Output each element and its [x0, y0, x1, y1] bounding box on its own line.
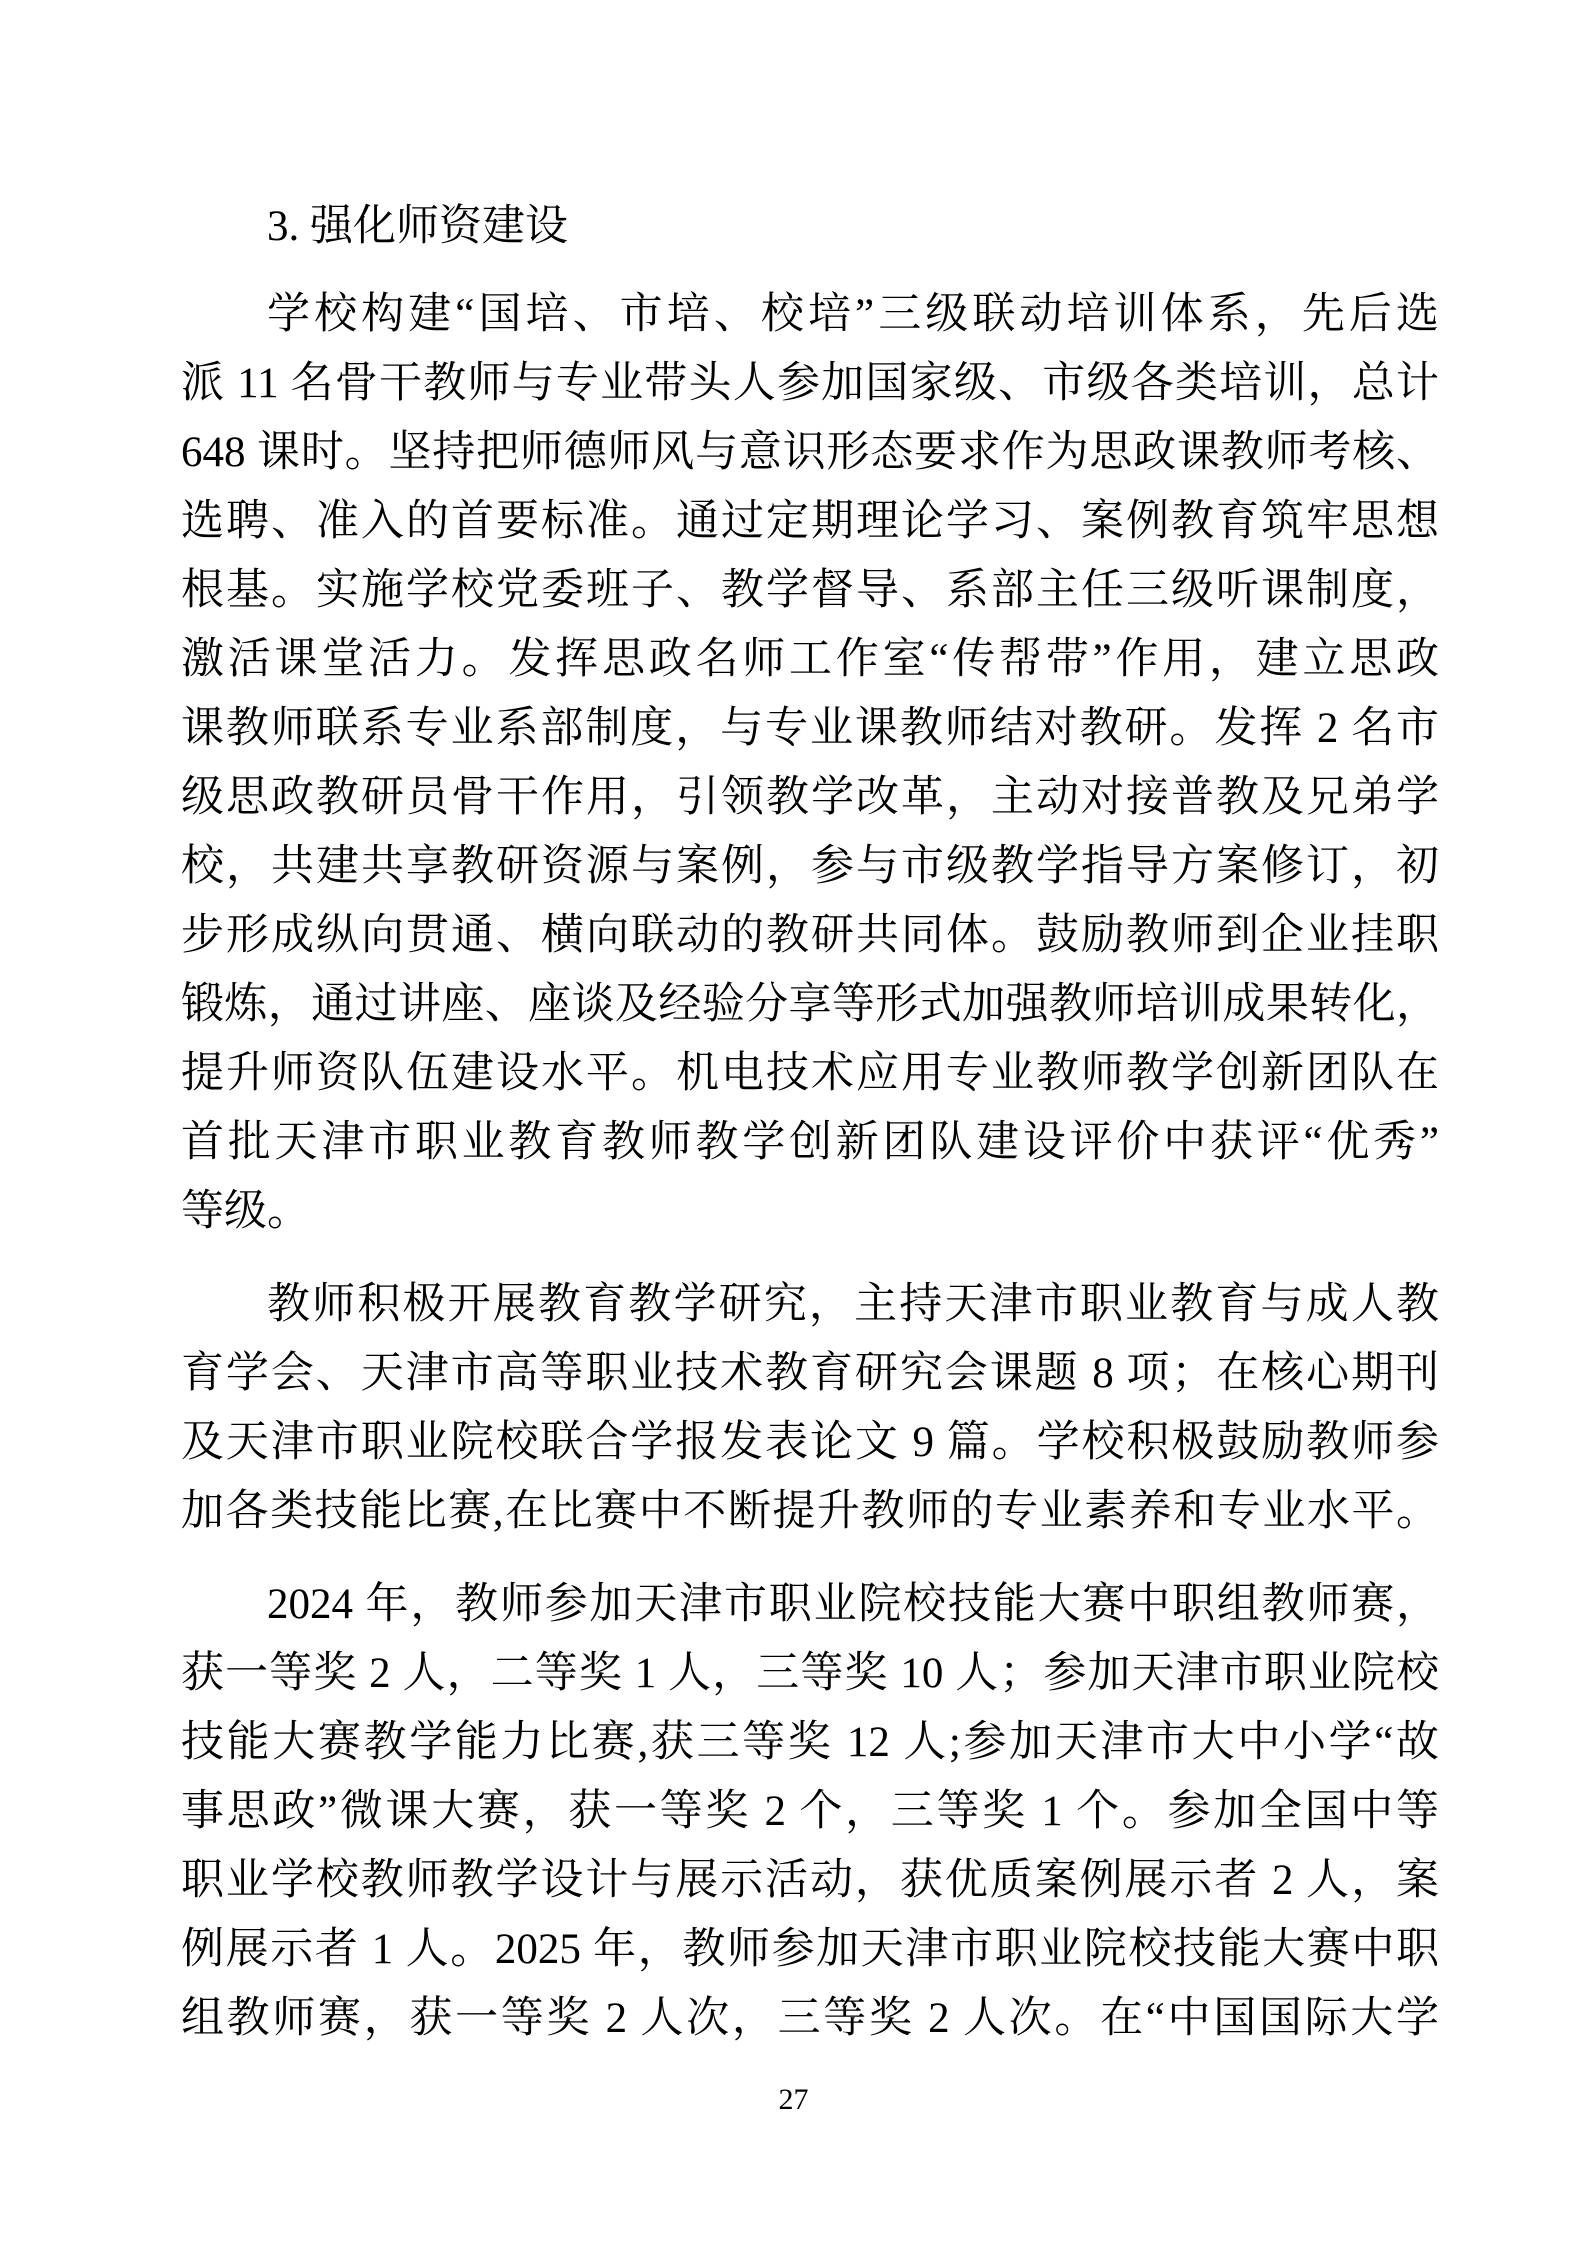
- text-line: 提升师资队伍建设水平。机电技术应用专业教师教学创新团队在: [181, 1039, 1439, 1108]
- paragraph: 教师积极开展教育教学研究，主持天津市职业教育与成人教 育学会、天津市高等职业技术…: [181, 1270, 1439, 1546]
- text-line: 等级。: [181, 1177, 1439, 1246]
- text-line: 组教师赛，获一等奖 2 人次，三等奖 2 人次。在“中国国际大学: [181, 1984, 1439, 2053]
- text-line: 选聘、准入的首要标准。通过定期理论学习、案例教育筑牢思想: [181, 487, 1439, 556]
- text-line: 派 11 名骨干教师与专业带头人参加国家级、市级各类培训，总计: [181, 349, 1439, 418]
- text-line: 获一等奖 2 人，二等奖 1 人，三等奖 10 人；参加天津市职业院校: [181, 1639, 1439, 1708]
- text-line: 根基。实施学校党委班子、教学督导、系部主任三级听课制度，: [181, 556, 1439, 625]
- text-line: 648 课时。坚持把师德师风与意识形态要求作为思政课教师考核、: [181, 418, 1439, 487]
- paragraph: 2024 年，教师参加天津市职业院校技能大赛中职组教师赛， 获一等奖 2 人，二…: [181, 1570, 1439, 2053]
- text-line: 锻炼，通过讲座、座谈及经验分享等形式加强教师培训成果转化，: [181, 970, 1439, 1039]
- text-line: 例展示者 1 人。2025 年，教师参加天津市职业院校技能大赛中职: [181, 1915, 1439, 1984]
- text-line: 职业学校教师教学设计与展示活动，获优质案例展示者 2 人，案: [181, 1846, 1439, 1915]
- paragraph: 学校构建“国培、市培、校培”三级联动培训体系，先后选 派 11 名骨干教师与专业…: [181, 280, 1439, 1246]
- page-number: 27: [0, 2072, 1587, 2128]
- text-line: 技能大赛教学能力比赛,获三等奖 12 人;参加天津市大中小学“故: [181, 1708, 1439, 1777]
- text-line: 校，共建共享教研资源与案例，参与市级教学指导方案修订，初: [181, 832, 1439, 901]
- text-line: 级思政教研员骨干作用，引领教学改革，主动对接普教及兄弟学: [181, 763, 1439, 832]
- text-line: 2024 年，教师参加天津市职业院校技能大赛中职组教师赛，: [181, 1570, 1439, 1639]
- text-line: 课教师联系专业系部制度，与专业课教师结对教研。发挥 2 名市: [181, 694, 1439, 763]
- text-line: 步形成纵向贯通、横向联动的教研共同体。鼓励教师到企业挂职: [181, 901, 1439, 970]
- text-line: 事思政”微课大赛，获一等奖 2 个，三等奖 1 个。参加全国中等: [181, 1777, 1439, 1846]
- document-page: 3. 强化师资建设 学校构建“国培、市培、校培”三级联动培训体系，先后选 派 1…: [0, 0, 1587, 2245]
- text-line: 首批天津市职业教育教师教学创新团队建设评价中获评“优秀”: [181, 1108, 1439, 1177]
- text-line: 学校构建“国培、市培、校培”三级联动培训体系，先后选: [181, 280, 1439, 349]
- text-line: 加各类技能比赛,在比赛中不断提升教师的专业素养和专业水平。: [181, 1477, 1439, 1546]
- text-line: 及天津市职业院校联合学报发表论文 9 篇。学校积极鼓励教师参: [181, 1408, 1439, 1477]
- section-heading: 3. 强化师资建设: [181, 192, 1439, 261]
- text-line: 育学会、天津市高等职业技术教育研究会课题 8 项；在核心期刊: [181, 1339, 1439, 1408]
- text-line: 教师积极开展教育教学研究，主持天津市职业教育与成人教: [181, 1270, 1439, 1339]
- text-line: 激活课堂活力。发挥思政名师工作室“传帮带”作用，建立思政: [181, 625, 1439, 694]
